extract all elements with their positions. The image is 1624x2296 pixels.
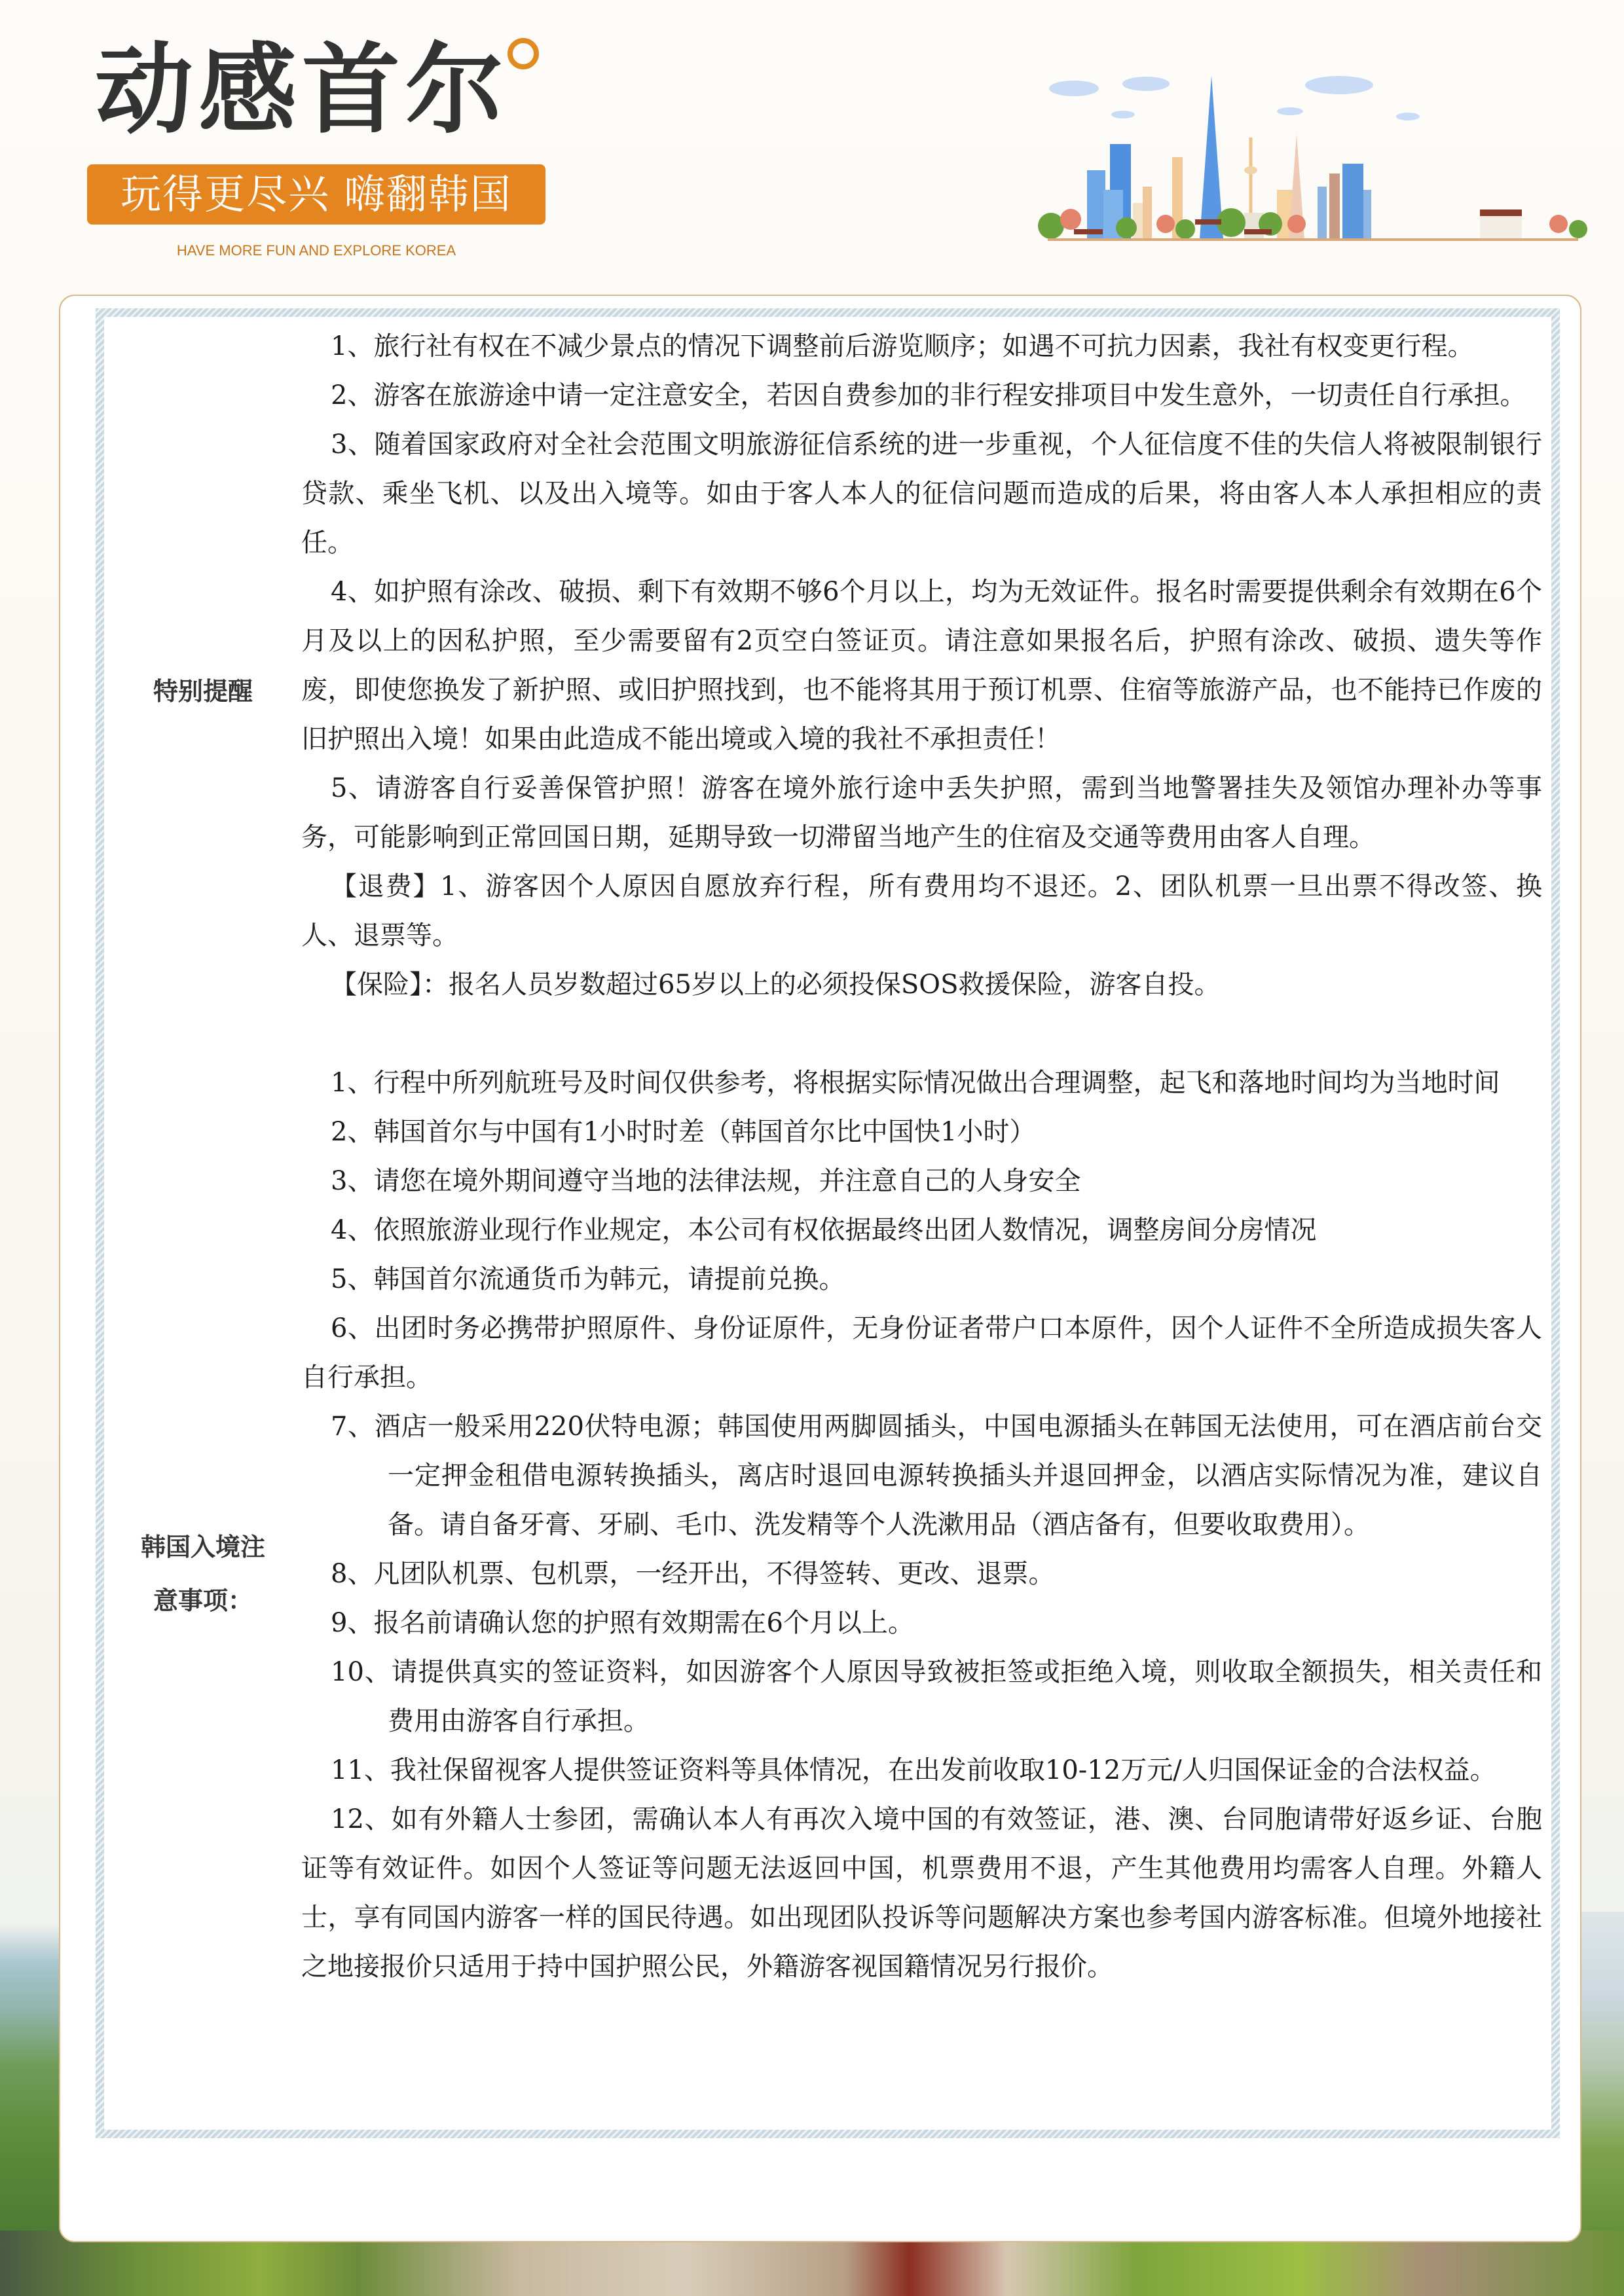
- paragraph: 10、请提供真实的签证资料，如因游客个人原因导致被拒签或拒绝入境，则收取全额损失…: [301, 1648, 1542, 1746]
- tagline: HAVE MORE FUN AND EXPLORE KOREA: [87, 242, 545, 259]
- slogan-banner: 玩得更尽兴 嗨翻韩国: [87, 164, 545, 225]
- section-label-text: 特别提醒: [153, 677, 253, 706]
- paragraph: 2、韩国首尔与中国有1小时时差（韩国首尔比中国快1小时）: [301, 1108, 1542, 1157]
- paragraph: 5、请游客自行妥善保管护照！游客在境外旅行途中丢失护照，需到当地警署挂失及领馆办…: [301, 764, 1542, 862]
- background-scenery-right: [1578, 1912, 1624, 2252]
- page-title: 动感首尔: [95, 41, 509, 139]
- paragraph: 4、依照旅游业现行作业规定，本公司有权依据最终出团人数情况，调整房间分房情况: [301, 1206, 1542, 1255]
- paragraph: 3、请您在境外期间遵守当地的法律法规，并注意自己的人身安全: [301, 1157, 1542, 1206]
- ring-icon: [507, 38, 539, 69]
- paragraph: 12、如有外籍人士参团，需确认本人有再次入境中国的有效签证，港、澳、台同胞请带好…: [301, 1795, 1542, 1992]
- section-label-korea-entry-notes: 韩国入境注 意事项：: [105, 1520, 301, 1628]
- refund-paragraph: 【退费】1、游客因个人原因自愿放弃行程，所有费用均不退还。2、团队机票一旦出票不…: [301, 862, 1542, 960]
- paragraph: 2、游客在旅游途中请一定注意安全，若因自费参加的非行程安排项目中发生意外，一切责…: [301, 371, 1542, 420]
- paragraph: 11、我社保留视客人提供签证资料等具体情况，在出发前收取10-12万元/人归国保…: [301, 1746, 1542, 1795]
- paragraph: 6、出团时务必携带护照原件、身份证原件，无身份证者带户口本原件，因个人证件不全所…: [301, 1304, 1542, 1402]
- korea-entry-notes-section: 1、行程中所列航班号及时间仅供参考，将根据实际情况做出合理调整，起飞和落地时间均…: [301, 1059, 1542, 1992]
- paragraph: 3、随着国家政府对全社会范围文明旅游征信系统的进一步重视，个人征信度不佳的失信人…: [301, 420, 1542, 568]
- section-label-line-1: 韩国入境注: [105, 1520, 301, 1574]
- paragraph: 1、行程中所列航班号及时间仅供参考，将根据实际情况做出合理调整，起飞和落地时间均…: [301, 1059, 1542, 1108]
- section-label-line-2: 意事项：: [105, 1574, 301, 1628]
- insurance-paragraph: 【保险】：报名人员岁数超过65岁以上的必须投保SOS救援保险，游客自投。: [301, 960, 1542, 1010]
- background-scenery-left: [0, 1925, 65, 2239]
- paragraph: 9、报名前请确认您的护照有效期需在6个月以上。: [301, 1599, 1542, 1648]
- special-reminder-section: 1、旅行社有权在不减少景点的情况下调整前后游览顺序；如遇不可抗力因素，我社有权变…: [301, 322, 1542, 1010]
- paragraph: 1、旅行社有权在不减少景点的情况下调整前后游览顺序；如遇不可抗力因素，我社有权变…: [301, 322, 1542, 371]
- seoul-skyline-illustration: [1035, 52, 1591, 249]
- paragraph: 4、如护照有涂改、破损、剩下有效期不够6个月以上，均为无效证件。报名时需要提供剩…: [301, 568, 1542, 764]
- paragraph: 7、酒店一般采用220伏特电源；韩国使用两脚圆插头，中国电源插头在韩国无法使用，…: [301, 1402, 1542, 1550]
- paragraph: 5、韩国首尔流通货币为韩元，请提前兑换。: [301, 1255, 1542, 1304]
- paragraph: 8、凡团队机票、包机票，一经开出，不得签转、更改、退票。: [301, 1550, 1542, 1599]
- section-label-special-reminder: 特别提醒: [105, 665, 301, 718]
